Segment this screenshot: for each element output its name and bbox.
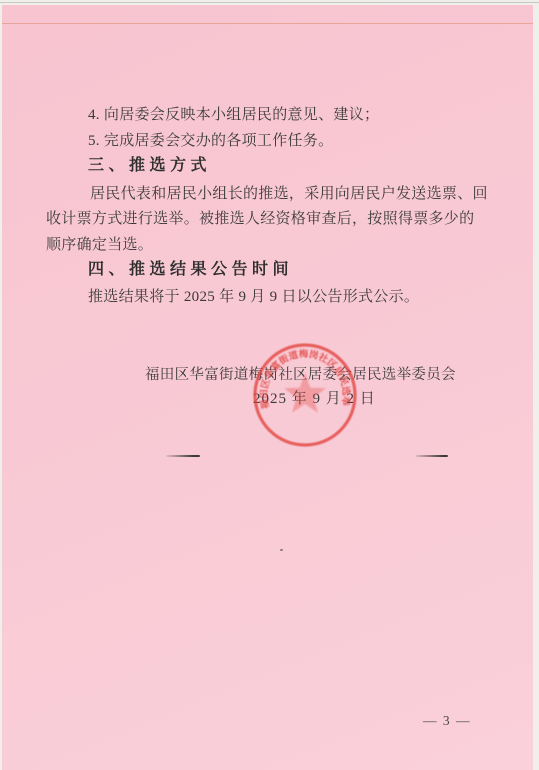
scan-dust-speck: [280, 549, 283, 551]
section-heading-4: 四、推选结果公告时间: [88, 260, 293, 280]
scan-edge-hairline: [0, 2, 539, 3]
pen-mark-left: [166, 455, 200, 457]
scan-artifact-line: [2, 23, 533, 24]
list-item-5: 5. 完成居委会交办的各项工作任务。: [88, 131, 333, 151]
paragraph-line: 收计票方式进行选举。被推选人经资格审查后，按照得票多少的: [46, 209, 474, 229]
paragraph-line: 顺序确定当选。: [46, 235, 153, 255]
pen-mark-right: [416, 455, 448, 457]
scanned-paper-page: 4. 向居委会反映本小组居民的意见、建议； 5. 完成居委会交办的各项工作任务。…: [2, 5, 533, 770]
paragraph-line: 推选结果将于 2025 年 9 月 9 日以公告形式公示。: [88, 287, 419, 307]
official-round-seal: 福田区华富街道梅岗社区居民选举委员会: [245, 335, 365, 455]
page-number: — 3 —: [423, 713, 471, 729]
seal-star-icon: [284, 373, 326, 413]
section-heading-3: 三、推选方式: [88, 156, 211, 176]
paragraph-line: 居民代表和居民小组长的推选，采用向居民户发送选票、回: [90, 184, 488, 204]
list-item-4: 4. 向居委会反映本小组居民的意见、建议；: [88, 105, 379, 125]
